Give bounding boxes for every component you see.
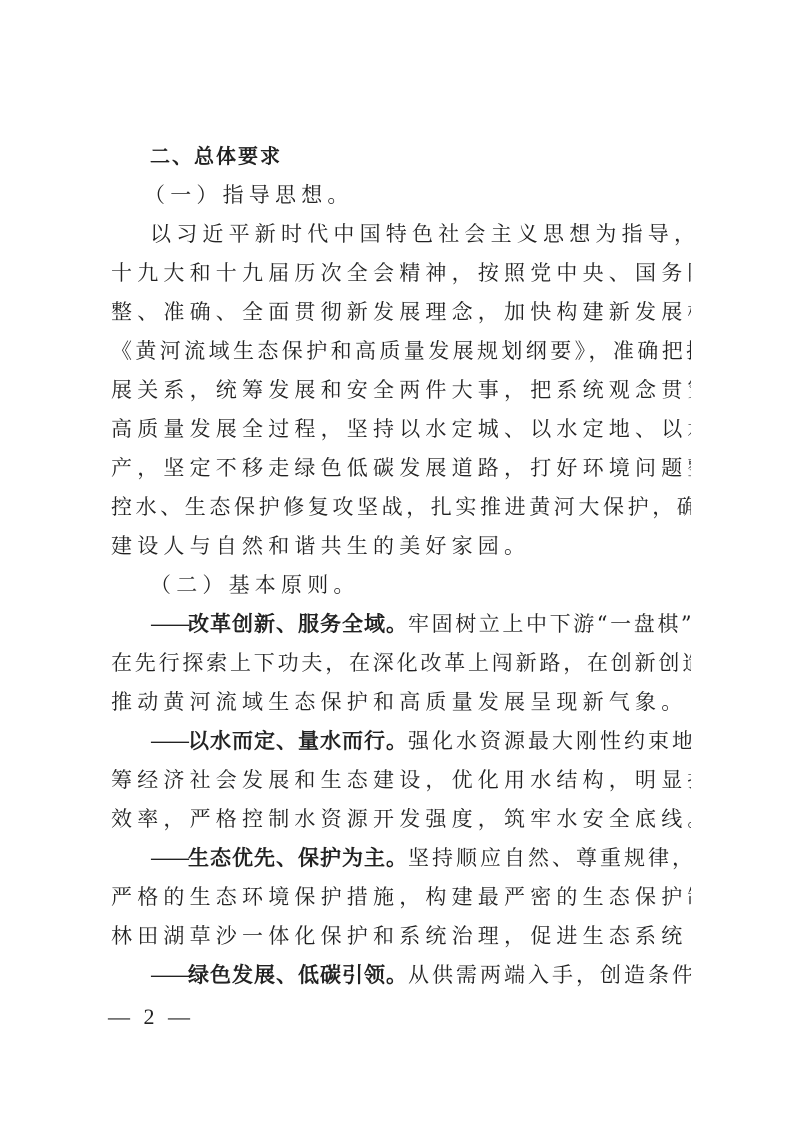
principle-lead-green: 绿色发展、低碳引领。 bbox=[188, 962, 408, 987]
principle-text: 强化水资源最大刚性约束地位，统 bbox=[408, 729, 691, 753]
paragraph-line: 十九大和十九届历次全会精神，按照党中央、国务院决策部署，完 bbox=[111, 260, 691, 286]
paragraph-line: 推动黄河流域生态保护和高质量发展呈现新气象。 bbox=[111, 689, 691, 715]
principle-text: 坚持顺应自然、尊重规律，采取最 bbox=[408, 846, 691, 870]
principle-text: 从供需两端入手，创造条件尽早实 bbox=[408, 963, 691, 987]
principle-lead-reform: 改革创新、服务全域。 bbox=[188, 611, 408, 636]
principle-first-line: ——以水而定、量水而行。强化水资源最大刚性约束地位，统 bbox=[150, 728, 691, 754]
paragraph-line: 以习近平新时代中国特色社会主义思想为指导，全面贯彻党的 bbox=[150, 221, 691, 247]
principle-first-line: ——改革创新、服务全域。牢固树立上中下游“一盘棋”意识， bbox=[150, 611, 691, 637]
principle-first-line: ——绿色发展、低碳引领。从供需两端入手，创造条件尽早实 bbox=[150, 962, 691, 988]
section-heading: 二、总体要求 bbox=[150, 143, 691, 169]
paragraph-line: 在先行探索上下功夫，在深化改革上闯新路，在创新创造上作文章， bbox=[111, 650, 691, 676]
document-page: 二、总体要求 （一）指导思想。 以习近平新时代中国特色社会主义思想为指导，全面贯… bbox=[0, 0, 800, 1131]
subsection-title-basic-principles: （二）基本原则。 bbox=[150, 572, 691, 598]
em-dash: —— bbox=[150, 729, 188, 753]
paragraph-line: 产，坚定不移走绿色低碳发展道路，打好环境问题整治、深度节水 bbox=[111, 455, 691, 481]
principle-lead-water: 以水而定、量水而行。 bbox=[188, 728, 408, 753]
paragraph-line: 严格的生态环境保护措施，构建最严密的生态保护制度体系，山水 bbox=[111, 884, 691, 910]
paragraph-line: 建设人与自然和谐共生的美好家园。 bbox=[111, 533, 691, 559]
paragraph-line: 展关系，统筹发展和安全两件大事，把系统观念贯穿到生态保护和 bbox=[111, 377, 691, 403]
em-dash: —— bbox=[150, 846, 188, 870]
subsection-title-guiding-ideology: （一）指导思想。 bbox=[144, 182, 685, 208]
principle-first-line: ——生态优先、保护为主。坚持顺应自然、尊重规律，采取最 bbox=[150, 845, 691, 871]
paragraph-line: 控水、生态保护修复攻坚战，扎实推进黄河大保护，确保黄河安澜， bbox=[111, 494, 691, 520]
paragraph-line: 整、准确、全面贯彻新发展理念，加快构建新发展格局，认真落实 bbox=[111, 299, 691, 325]
principle-text: 牢固树立上中下游“一盘棋”意识， bbox=[408, 612, 691, 636]
paragraph-line: 效率，严格控制水资源开发强度，筑牢水安全底线。 bbox=[111, 806, 691, 832]
paragraph-line: 《黄河流域生态保护和高质量发展规划纲要》，准确把握保护和发 bbox=[111, 338, 691, 364]
paragraph-line: 林田湖草沙一体化保护和系统治理，促进生态系统自我修复。 bbox=[111, 923, 691, 949]
paragraph-line: 高质量发展全过程，坚持以水定城、以水定地、以水定人、以水定 bbox=[111, 416, 691, 442]
paragraph-line: 筹经济社会发展和生态建设，优化用水结构，明显提高水资源利用 bbox=[111, 767, 691, 793]
principle-lead-ecology: 生态优先、保护为主。 bbox=[188, 845, 408, 870]
em-dash: —— bbox=[150, 963, 188, 987]
em-dash: —— bbox=[150, 612, 188, 636]
page-number: — 2 — bbox=[108, 1004, 194, 1030]
